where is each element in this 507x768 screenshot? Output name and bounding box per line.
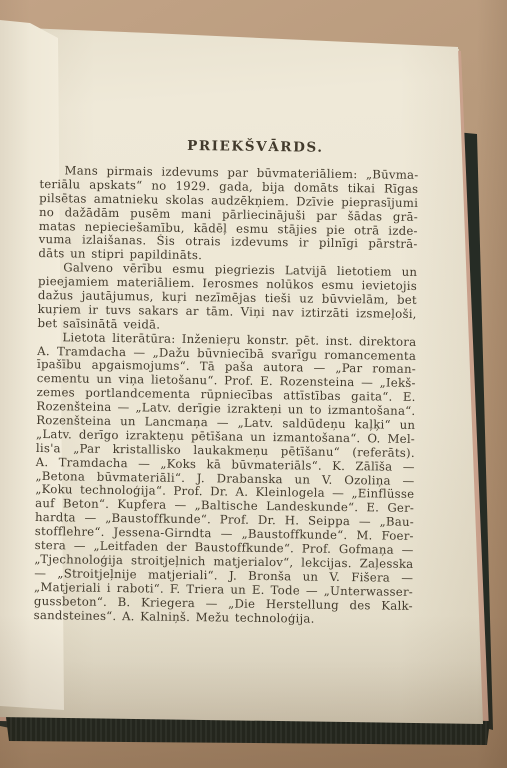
foreword-heading: PRIEKŠVĀRDS. [40, 136, 419, 157]
book-photo: PRIEKŠVĀRDS. Mans pirmais izdevums par b… [0, 0, 507, 768]
paragraph-1: Mans pirmais izdevums par būvmateriāliem… [38, 164, 418, 266]
paragraph-2: Galveno vērību esmu piegriezis Latvijā l… [37, 261, 417, 335]
paragraph-3: Lietota literātūra: Inženieŗu konstr. pē… [34, 331, 417, 628]
page-text: PRIEKŠVĀRDS. Mans pirmais izdevums par b… [34, 136, 419, 627]
